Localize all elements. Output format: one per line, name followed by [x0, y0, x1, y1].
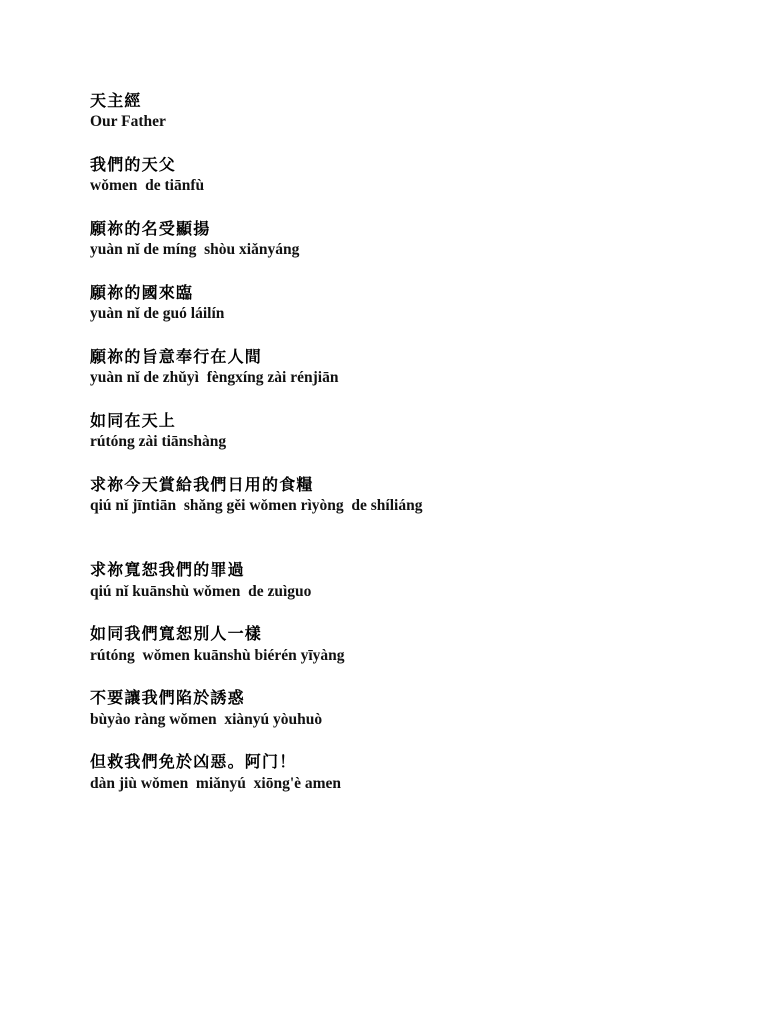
pinyin-line: dàn jiù wǒmen miǎnyú xiōng'è amen	[90, 773, 690, 794]
stanza: 求祢今天賞給我們日用的食糧 qiú nǐ jīntiān shǎng gěi w…	[90, 474, 690, 517]
pinyin-line: yuàn nǐ de zhǔyì fèngxíng zài rénjiān	[90, 367, 690, 388]
chinese-line: 求祢今天賞給我們日用的食糧	[90, 474, 690, 495]
document-page: 天主經 Our Father 我們的天父 wǒmen de tiānfù 願祢的…	[0, 0, 768, 1024]
pinyin-line: wǒmen de tiānfù	[90, 175, 690, 196]
chinese-line: 如同在天上	[90, 410, 690, 431]
stanza: 願祢的名受顯揚 yuàn nǐ de míng shòu xiǎnyáng	[90, 218, 690, 261]
chinese-line: 我們的天父	[90, 154, 690, 175]
stanza: 求祢寬恕我們的罪過 qiú nǐ kuānshù wǒmen de zuìguo	[90, 559, 690, 602]
stanza: 但救我們免於凶惡。阿门！ dàn jiù wǒmen miǎnyú xiōng'…	[90, 751, 690, 794]
pinyin-line: yuàn nǐ de míng shòu xiǎnyáng	[90, 239, 690, 260]
pinyin-line: yuàn nǐ de guó láilín	[90, 303, 690, 324]
chinese-line: 如同我們寬恕別人一樣	[90, 623, 690, 644]
pinyin-line: qiú nǐ kuānshù wǒmen de zuìguo	[90, 581, 690, 602]
stanza: 我們的天父 wǒmen de tiānfù	[90, 154, 690, 197]
stanza: 不要讓我們陷於誘惑 bùyào ràng wǒmen xiànyú yòuhuò	[90, 687, 690, 730]
chinese-line: 但救我們免於凶惡。阿门！	[90, 751, 690, 772]
chinese-line: 願祢的國來臨	[90, 282, 690, 303]
stanza: 如同在天上 rútóng zài tiānshàng	[90, 410, 690, 453]
pinyin-line: rútóng wǒmen kuānshù biérén yīyàng	[90, 645, 690, 666]
pinyin-line: bùyào ràng wǒmen xiànyú yòuhuò	[90, 709, 690, 730]
pinyin-line: qiú nǐ jīntiān shǎng gěi wǒmen rìyòng de…	[90, 495, 690, 516]
chinese-line: 不要讓我們陷於誘惑	[90, 687, 690, 708]
chinese-line: 願祢的旨意奉行在人間	[90, 346, 690, 367]
title-chinese: 天主經	[90, 90, 690, 111]
chinese-line: 願祢的名受顯揚	[90, 218, 690, 239]
chinese-line: 求祢寬恕我們的罪過	[90, 559, 690, 580]
prayer-text: 天主經 Our Father 我們的天父 wǒmen de tiānfù 願祢的…	[90, 90, 690, 815]
pinyin-line: rútóng zài tiānshàng	[90, 431, 690, 452]
stanza: 如同我們寬恕別人一樣 rútóng wǒmen kuānshù biérén y…	[90, 623, 690, 666]
title-english: Our Father	[90, 111, 690, 132]
stanza: 願祢的國來臨 yuàn nǐ de guó láilín	[90, 282, 690, 325]
title-stanza: 天主經 Our Father	[90, 90, 690, 133]
stanza: 願祢的旨意奉行在人間 yuàn nǐ de zhǔyì fèngxíng zài…	[90, 346, 690, 389]
